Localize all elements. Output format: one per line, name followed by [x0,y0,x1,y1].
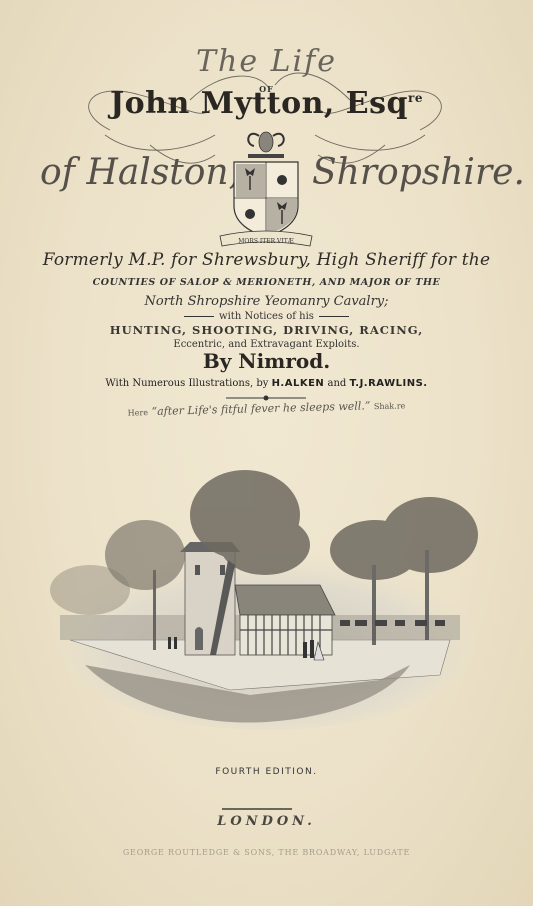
rule-divider [319,316,349,317]
subject-name-suffix: re [408,91,423,105]
author-byline: By Nimrod. [0,349,533,373]
illustrations-conjunction: and [327,378,346,389]
epigraph-pre: Here [128,408,149,418]
description-line-5: HUNTING, SHOOTING, DRIVING, RACING, [0,323,533,337]
description-line-1: Formerly M.P. for Shrewsbury, High Sheri… [0,250,533,270]
coat-of-arms-icon: MORS ITER VITÆ [218,128,314,248]
edition-label: FOURTH EDITION. [0,767,533,777]
place-of-publication: LONDON. [0,814,533,829]
rule-divider [184,316,214,317]
illustrations-credit: With Numerous Illustrations, by H.ALKEN … [0,378,533,389]
description-line-4: with Notices of his [0,311,533,322]
notices-text: with Notices of his [219,311,314,322]
location-halston: of Halston, [40,152,240,193]
artist-1: H.ALKEN [272,378,325,389]
location-shropshire: Shropshire. [312,152,525,193]
epigraph-attribution: Shak.re [374,401,406,411]
crest-motto: MORS ITER VITÆ [238,238,294,245]
subject-name: John Mytton, Esqre [0,86,533,121]
title-the-life: The Life [0,44,533,79]
title-page: The Life OF John Mytton, Esqre of Halsto… [0,0,533,906]
ram-head-crest-icon [248,132,284,158]
artist-2: T.J.RAWLINS. [349,378,427,389]
publisher-imprint: GEORGE ROUTLEDGE & SONS, THE BROADWAY, L… [0,848,533,857]
subject-name-text: John Mytton, Esq [110,86,408,121]
description-line-2: COUNTIES OF SALOP & MERIONETH, AND MAJOR… [0,277,533,288]
illustrations-prefix: With Numerous Illustrations, by [105,378,268,389]
description-line-3: North Shropshire Yeomanry Cavalry; [0,294,533,309]
epigraph-quote: “after Life's fitful fever he sleeps wel… [151,399,370,418]
rule-divider [222,808,292,810]
frontispiece-engraving [50,470,483,750]
